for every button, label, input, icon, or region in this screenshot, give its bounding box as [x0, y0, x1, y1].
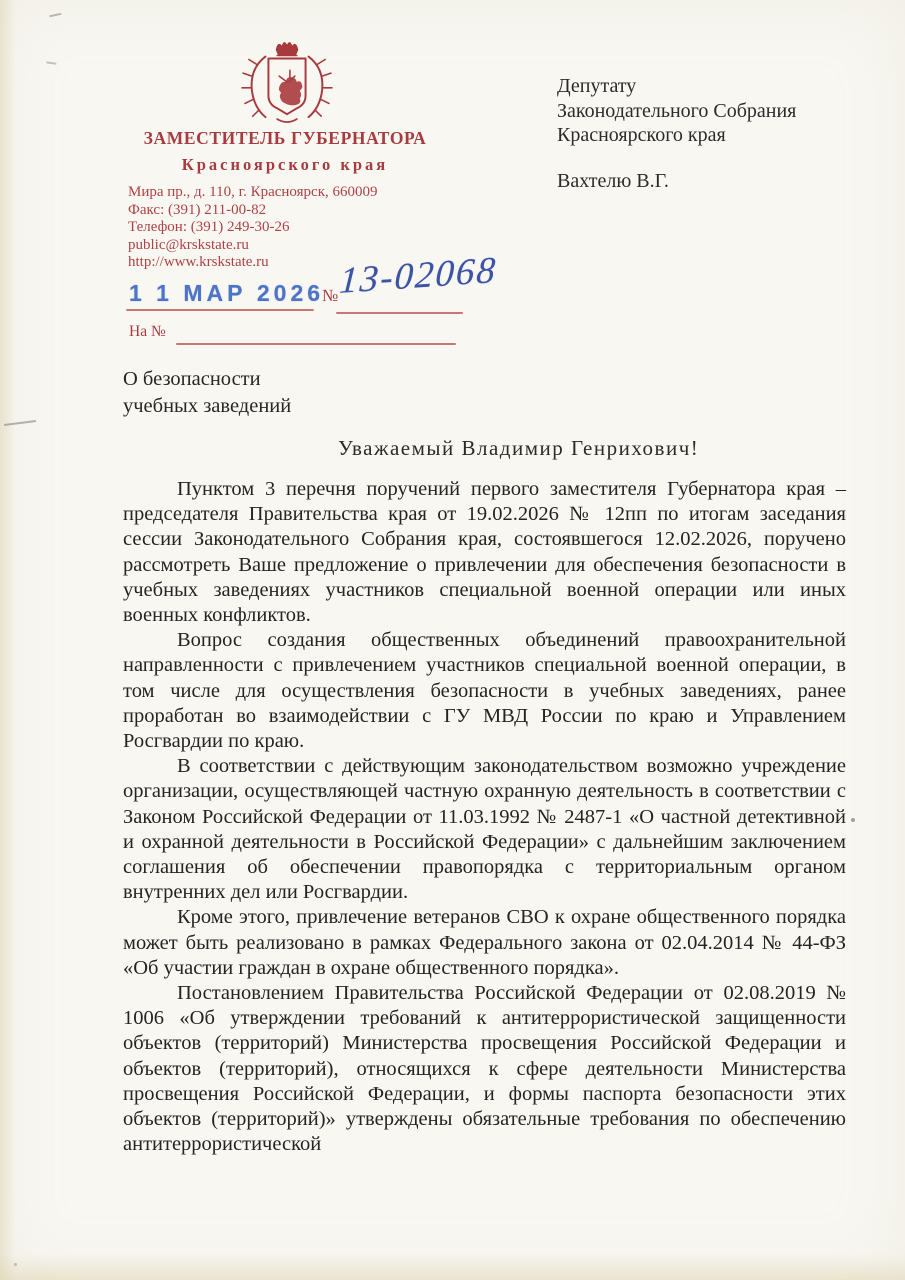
coat-of-arms-icon	[231, 37, 343, 123]
addressee-name: Вахтелю В.Г.	[557, 169, 796, 194]
date-stamp: 1 1 МАР 2026	[129, 280, 324, 307]
scan-artifact-pencil-dash	[4, 420, 36, 426]
number-line	[336, 312, 463, 314]
scan-artifact-pencil-mark	[46, 61, 57, 69]
letter-body: Пунктом 3 перечня поручений первого заме…	[123, 477, 846, 1157]
date-line	[126, 309, 314, 311]
body-paragraph: Кроме этого, привлечение ветеранов СВО к…	[123, 905, 846, 981]
org-title-line2: Красноярского края	[105, 155, 465, 175]
org-address: Мира пр., д. 110, г. Красноярск, 660009	[128, 184, 378, 202]
in-reply-to-line	[176, 343, 456, 345]
addressee-line1: Депутату	[557, 74, 796, 99]
scan-artifact-pencil-mark	[49, 13, 62, 23]
letterhead-org-block: ЗАМЕСТИТЕЛЬ ГУБЕРНАТОРА Красноярского кр…	[105, 128, 465, 175]
subject-block: О безопасности учебных заведений	[123, 366, 291, 419]
subject-line1: О безопасности	[123, 366, 291, 393]
org-email: public@krskstate.ru	[128, 237, 378, 255]
org-fax: Факс: (391) 211-00-82	[128, 202, 378, 220]
body-paragraph: В соответствии с действующим законодател…	[123, 754, 846, 905]
scan-artifact-dot	[14, 1263, 17, 1266]
body-paragraph: Вопрос создания общественных объединений…	[123, 628, 846, 754]
body-paragraph: Пунктом 3 перечня поручений первого заме…	[123, 477, 846, 628]
addressee-block: Депутату Законодательного Собрания Красн…	[557, 74, 796, 193]
number-label: №	[322, 286, 338, 306]
scan-artifact-dot	[851, 818, 855, 822]
org-title-line1: ЗАМЕСТИТЕЛЬ ГУБЕРНАТОРА	[105, 128, 465, 149]
scanned-letter-page: ЗАМЕСТИТЕЛЬ ГУБЕРНАТОРА Красноярского кр…	[0, 0, 905, 1280]
subject-line2: учебных заведений	[123, 393, 291, 420]
in-reply-to-label: На №	[129, 323, 166, 341]
addressee-line3: Красноярского края	[557, 123, 796, 148]
body-paragraph: Постановлением Правительства Российской …	[123, 981, 846, 1157]
org-phone: Телефон: (391) 249-30-26	[128, 219, 378, 237]
salutation: Уважаемый Владимир Генрихович!	[338, 436, 699, 461]
addressee-line2: Законодательного Собрания	[557, 99, 796, 124]
